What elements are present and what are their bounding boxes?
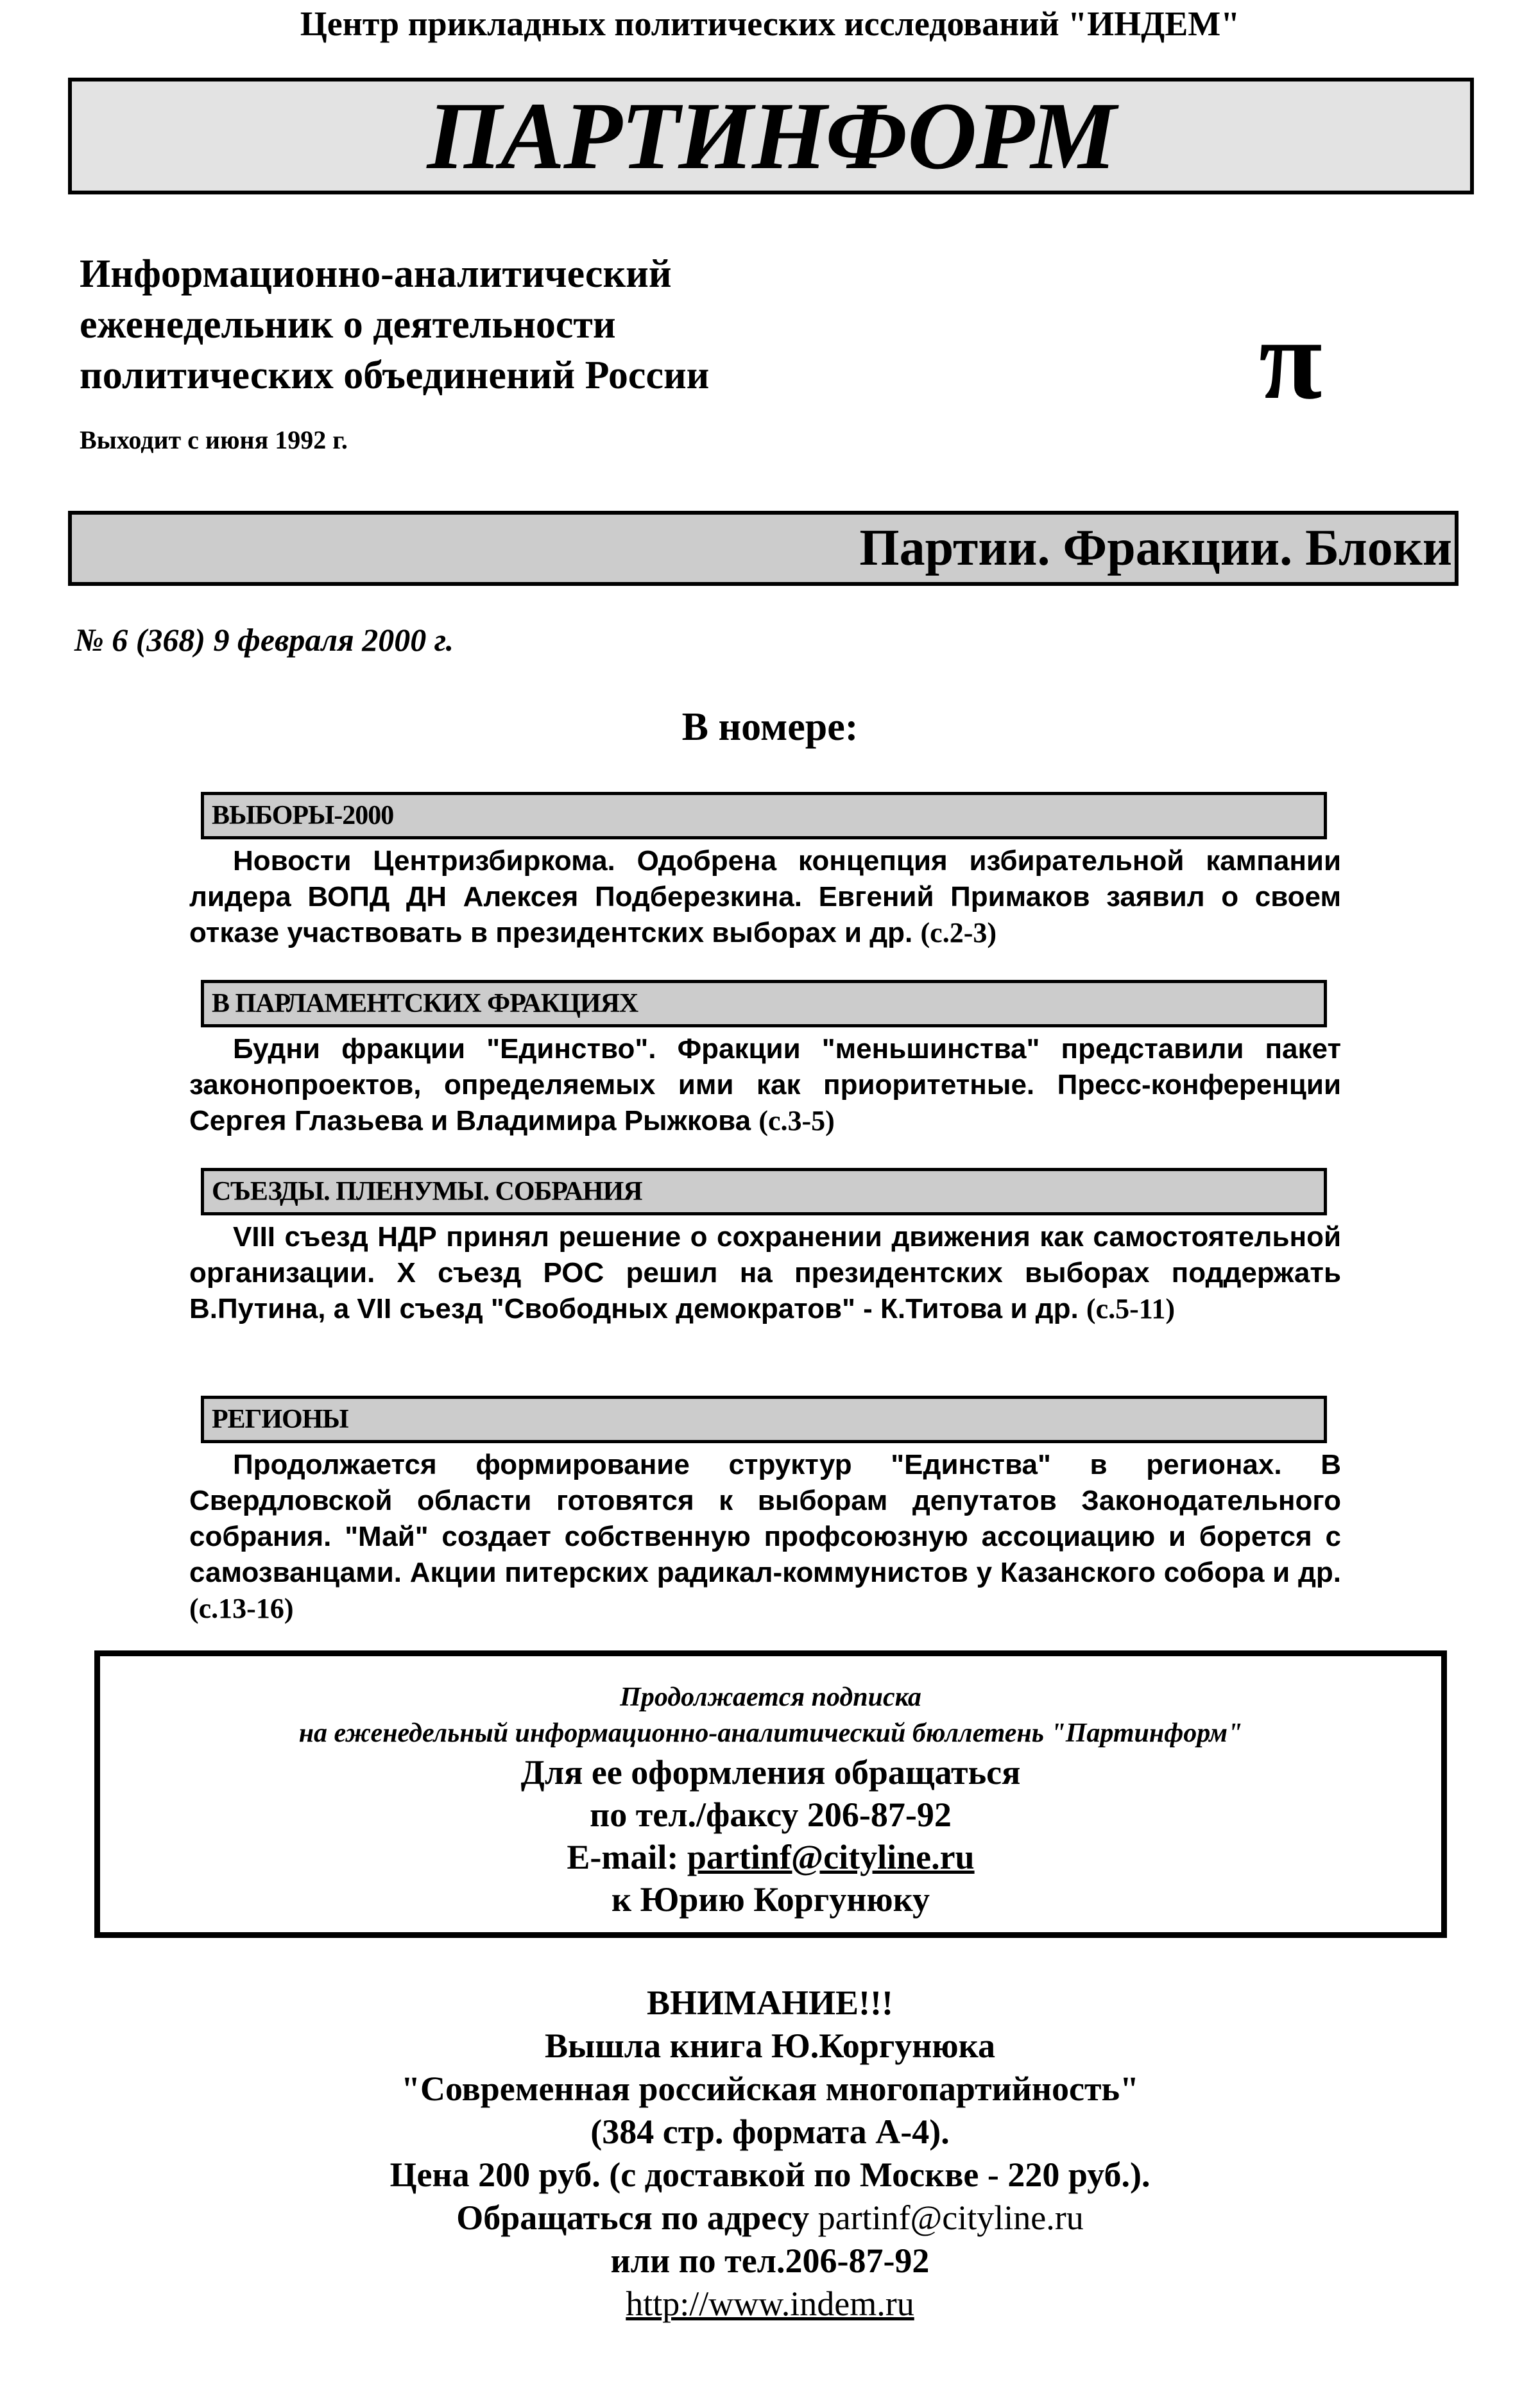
section-heading: СЪЕЗДЫ. ПЛЕНУМЫ. СОБРАНИЯ: [212, 1176, 642, 1207]
email-label: E-mail:: [567, 1838, 687, 1876]
subscription-line: Для ее оформления обращаться: [100, 1751, 1441, 1794]
since-line: Выходит с июня 1992 г.: [80, 425, 348, 455]
subscription-line: на еженедельный информационно-аналитичес…: [100, 1715, 1441, 1751]
page-ref: (с.13-16): [189, 1593, 294, 1624]
contents-section: РЕГИОНЫ Продолжается формирование структ…: [189, 1396, 1341, 1627]
masthead-title: ПАРТИНФОРМ: [427, 88, 1115, 184]
page-ref: (с.5-11): [1086, 1293, 1175, 1324]
subscription-email-line: E-mail: partinf@cityline.ru: [100, 1836, 1441, 1878]
email-link[interactable]: partinf@cityline.ru: [687, 1838, 975, 1876]
contents-title: В номере:: [0, 705, 1540, 750]
subtitle-line: Информационно-аналитический: [80, 249, 709, 300]
section-heading-box: В ПАРЛАМЕНТСКИХ ФРАКЦИЯХ: [201, 980, 1327, 1027]
pi-icon: π: [1259, 302, 1322, 417]
contents-section: СЪЕЗДЫ. ПЛЕНУМЫ. СОБРАНИЯ VIII съезд НДР…: [189, 1168, 1341, 1327]
book-price: Цена 200 руб. (с доставкой по Москве - 2…: [0, 2154, 1540, 2197]
section-heading: РЕГИОНЫ: [212, 1404, 348, 1435]
notice-line: (384 стр. формата А-4).: [0, 2111, 1540, 2154]
page-ref: (с.3-5): [758, 1105, 835, 1136]
subscription-phone: по тел./факсу 206-87-92: [100, 1794, 1441, 1836]
notice-phone: или по тел.206-87-92: [0, 2240, 1540, 2283]
contents-section: В ПАРЛАМЕНТСКИХ ФРАКЦИЯХ Будни фракции "…: [189, 980, 1341, 1139]
subtitle-line: политических объединений России: [80, 350, 709, 401]
notice-address: Обращаться по адресу partinf@cityline.ru: [0, 2197, 1540, 2240]
subscription-line: Продолжается подписка: [100, 1679, 1441, 1715]
section-heading: В ПАРЛАМЕНТСКИХ ФРАКЦИЯХ: [212, 988, 638, 1019]
notice-line: Вышла книга Ю.Коргунюка: [0, 2025, 1540, 2068]
subtitle: Информационно-аналитический еженедельник…: [80, 249, 709, 401]
book-notice: ВНИМАНИЕ!!! Вышла книга Ю.Коргунюка "Сов…: [0, 1982, 1540, 2326]
subtitle-line: еженедельник о деятельности: [80, 300, 709, 350]
website-link[interactable]: http://www.indem.ru: [0, 2283, 1540, 2326]
section-summary: VIII съезд НДР принял решение о сохранен…: [189, 1219, 1341, 1327]
rubric-title: Партии. Фракции. Блоки: [859, 515, 1452, 582]
page-ref: (с.2-3): [921, 917, 997, 948]
subscription-contact: к Юрию Коргунюку: [100, 1878, 1441, 1921]
section-heading-box: РЕГИОНЫ: [201, 1396, 1327, 1443]
section-heading-box: СЪЕЗДЫ. ПЛЕНУМЫ. СОБРАНИЯ: [201, 1168, 1327, 1215]
subscription-box: Продолжается подписка на еженедельный ин…: [94, 1650, 1447, 1938]
masthead-box: ПАРТИНФОРМ: [68, 78, 1474, 194]
notice-heading: ВНИМАНИЕ!!!: [0, 1982, 1540, 2025]
org-line: Центр прикладных политических исследован…: [0, 4, 1540, 44]
address-email-link[interactable]: partinf@cityline.ru: [818, 2198, 1084, 2237]
section-heading: ВЫБОРЫ-2000: [212, 800, 393, 831]
section-summary: Будни фракции "Единство". Фракции "меньш…: [189, 1031, 1341, 1139]
section-summary: Новости Центризбиркома. Одобрена концепц…: [189, 843, 1341, 951]
section-summary: Продолжается формирование структур "Един…: [189, 1447, 1341, 1627]
issue-number: № 6 (368) 9 февраля 2000 г.: [74, 621, 454, 658]
rubric-bar: Партии. Фракции. Блоки: [68, 511, 1459, 586]
contents-section: ВЫБОРЫ-2000 Новости Центризбиркома. Одоб…: [189, 792, 1341, 951]
book-title: "Современная российская многопартийность…: [0, 2068, 1540, 2111]
section-heading-box: ВЫБОРЫ-2000: [201, 792, 1327, 839]
